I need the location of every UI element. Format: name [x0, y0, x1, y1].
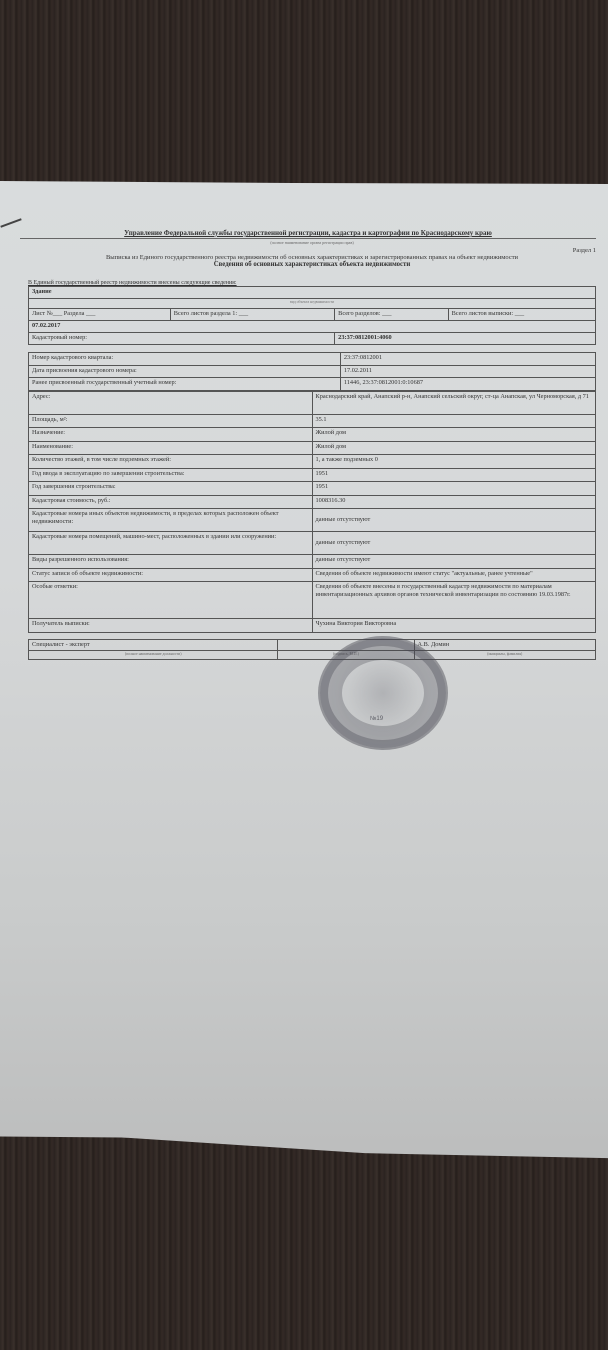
row-label: Адрес:: [29, 391, 313, 414]
organization-name: Управление Федеральной службы государств…: [20, 229, 596, 239]
table-row: Статус записи об объекте недвижимости: С…: [29, 568, 596, 582]
row-value: данные отсутствуют: [312, 555, 596, 569]
object-type-caption: вид объекта недвижимости: [29, 299, 596, 309]
role-caption: (полное наименование должности): [29, 650, 278, 659]
object-type: Здание: [29, 287, 596, 299]
row-value: 35.1: [312, 414, 596, 428]
table-row: Номер кадастрового квартала: 23:37:08120…: [29, 353, 596, 366]
row-value: 1951: [312, 468, 596, 482]
table-row: Площадь, м²: 35.1: [29, 414, 596, 428]
table-row: Кадастровая стоимость, руб.: 1008316.30: [29, 495, 596, 509]
signature-table: Специалист - эксперт А.В. Домин (полное …: [28, 639, 596, 660]
row-value: 17.02.2011: [340, 365, 595, 378]
row-label: Кадастровая стоимость, руб.:: [29, 495, 313, 509]
row-value: Жилой дом: [312, 428, 596, 442]
specialist-role: Специалист - эксперт: [29, 639, 278, 650]
table-row: Дата присвоения кадастрового номера: 17.…: [29, 365, 596, 378]
row-label: Особые отметки:: [29, 582, 313, 619]
row-label: Номер кадастрового квартала:: [29, 353, 341, 366]
row-label: Год завершения строительства:: [29, 482, 313, 496]
cadastral-number-value: 23:37:0812001:4060: [335, 333, 596, 345]
row-label: Год ввода в эксплуатацию по завершении с…: [29, 468, 313, 482]
row-label: Назначение:: [29, 428, 313, 442]
specialist-name: А.В. Домин: [414, 639, 595, 650]
table-row: Год ввода в эксплуатацию по завершении с…: [29, 468, 596, 482]
total-sheets-extract: Всего листов выписки: ___: [448, 309, 595, 321]
cadastral-number-label: Кадастровый номер:: [29, 333, 335, 345]
table-row: Адрес: Краснодарский край, Анапский р-н,…: [29, 391, 596, 414]
row-value: 1951: [312, 482, 596, 496]
table-row: Получатель выписки: Чухина Виктория Викт…: [29, 619, 596, 633]
row-value: Жилой дом: [312, 441, 596, 455]
row-label: Дата присвоения кадастрового номера:: [29, 365, 341, 378]
row-label: Виды разрешенного использования:: [29, 555, 313, 569]
row-value: 1, а также подземных 0: [312, 455, 596, 469]
total-sections: Всего разделов: ___: [335, 309, 448, 321]
row-label: Наименование:: [29, 441, 313, 455]
extract-title: Выписка из Единого государственного реес…: [28, 254, 596, 261]
extract-date: 07.02.2017: [29, 321, 596, 333]
row-value: 23:37:0812001: [340, 353, 595, 366]
total-sheets-section: Всего листов раздела 1: ___: [170, 309, 334, 321]
table-row: Год завершения строительства: 1951: [29, 482, 596, 496]
row-label: Получатель выписки:: [29, 619, 313, 633]
row-label: Статус записи об объекте недвижимости:: [29, 568, 313, 582]
row-value: Краснодарский край, Анапский р-н, Анапск…: [312, 391, 596, 414]
row-label: Площадь, м²:: [29, 414, 313, 428]
row-label: Ранее присвоенный государственный учетны…: [29, 378, 341, 391]
organization-caption: (полное наименование органа регистрации …: [28, 240, 596, 245]
table-row: Количество этажей, в том числе подземных…: [29, 455, 596, 469]
section-label: Раздел 1: [28, 247, 596, 254]
official-seal: №19: [318, 636, 448, 750]
row-value: данные отсутствуют: [312, 509, 596, 532]
table-row: Особые отметки: Сведения об объекте внес…: [29, 582, 596, 619]
row-value: 11446, 23:37:0812001:0:10687: [340, 378, 595, 391]
row-label: Количество этажей, в том числе подземных…: [29, 455, 313, 469]
row-label: Кадастровые номера помещений, машино-мес…: [29, 532, 313, 555]
table-row: Назначение: Жилой дом: [29, 428, 596, 442]
table-row: Кадастровые номера иных объектов недвижи…: [29, 509, 596, 532]
name-caption: (инициалы, фамилия): [414, 650, 595, 659]
row-value: 1008316.30: [312, 495, 596, 509]
row-label: Кадастровые номера иных объектов недвижи…: [29, 509, 313, 532]
table-row: Наименование: Жилой дом: [29, 441, 596, 455]
seal-number: №19: [370, 716, 383, 722]
sheet-number: Лист №___ Раздела ___: [29, 309, 171, 321]
row-value: Сведения об объекте внесены в государств…: [312, 582, 596, 619]
table-row: Ранее присвоенный государственный учетны…: [29, 378, 596, 391]
header-table: Здание вид объекта недвижимости Лист №__…: [28, 286, 596, 345]
characteristics-table: Адрес: Краснодарский край, Анапский р-н,…: [28, 391, 596, 633]
cadastral-info-table: Номер кадастрового квартала: 23:37:08120…: [28, 352, 596, 391]
table-row: Виды разрешенного использования: данные …: [29, 555, 596, 569]
extract-subtitle: Сведения об основных характеристиках объ…: [28, 261, 596, 268]
row-value: данные отсутствуют: [312, 532, 596, 555]
row-value: Сведения об объекте недвижимости имеют с…: [312, 568, 596, 582]
extract-document: Управление Федеральной службы государств…: [28, 229, 596, 660]
table-row: Кадастровые номера помещений, машино-мес…: [29, 532, 596, 555]
row-value: Чухина Виктория Викторовна: [312, 619, 596, 633]
